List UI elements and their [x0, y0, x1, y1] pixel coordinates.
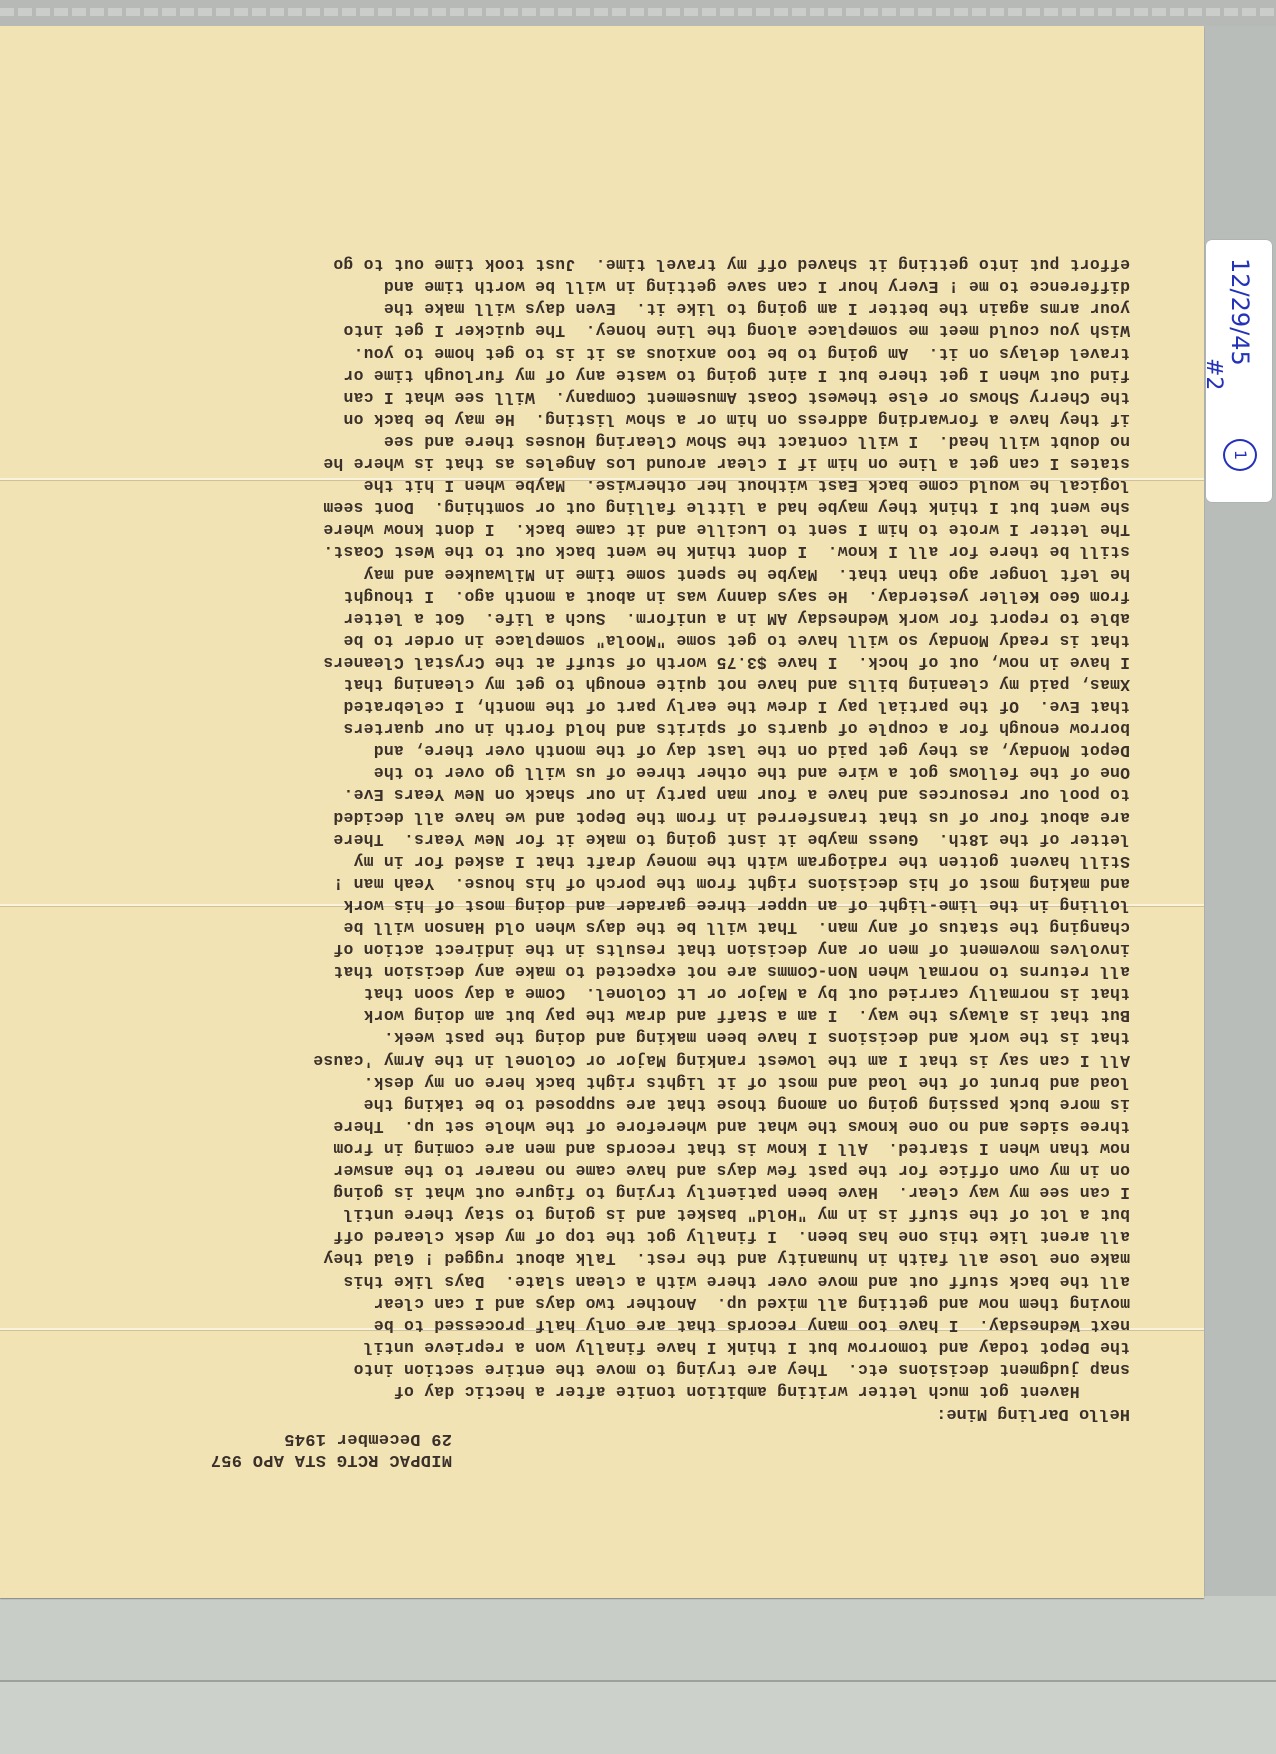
letter-line: on in my own office for the past few day…	[10, 1159, 1130, 1181]
letter-line: involves movement of men or any decision…	[10, 938, 1130, 960]
letter-line: find out when I get there but I aint goi…	[10, 364, 1130, 386]
letter-line: moving them now and getting all mixed up…	[10, 1292, 1130, 1314]
letter-line: The letter I wrote to him I sent to Luci…	[10, 518, 1130, 540]
letter-line: borrow enough for a couple of quarts of …	[10, 717, 1130, 739]
letter-line: all returns to normal when Non-Comms are…	[10, 960, 1130, 982]
letter-header: MIDPAC RCTG STA APO 957 29 December 1945	[210, 1428, 452, 1470]
letter-line: effort put into getting it shaved off my…	[10, 253, 1130, 275]
letter-date: 29 December 1945	[210, 1428, 452, 1449]
letter-line: Wish you could meet me someplace along t…	[10, 319, 1130, 341]
letter-line: to pool our resources and have a four ma…	[10, 783, 1130, 805]
letter-line: that is ready Monday so will have to get…	[10, 629, 1130, 651]
letter-line: One of the fellows got a wire and the ot…	[10, 761, 1130, 783]
letter-line: Depot Monday, as they get paid on the la…	[10, 739, 1130, 761]
letter-line: no doubt will head. I will contact the S…	[10, 430, 1130, 452]
letter-line: that is the work and decisions I have be…	[10, 1026, 1130, 1048]
letter-line: but a lot of the stuff is in my "Hold" b…	[10, 1203, 1130, 1225]
letter-line: if they have a forwarding address on him…	[10, 408, 1130, 430]
sticky-note: 12/29/45 #2 1	[1206, 240, 1272, 502]
letter-line: Havent got much letter writing ambition …	[10, 1380, 1130, 1402]
letter-line: still be there for all I know. I dont th…	[10, 540, 1130, 562]
letter-line: from Geo Keller yesterday. He says danny…	[10, 585, 1130, 607]
greeting: Hello Darling Mine:	[936, 1403, 1130, 1424]
letter-line: I have in now, out of hock. I have $3.75…	[10, 651, 1130, 673]
letter-line: three sides and no one knows the what an…	[10, 1115, 1130, 1137]
letter-paper: MIDPAC RCTG STA APO 957 29 December 1945…	[0, 26, 1204, 1598]
letter-line: letter of the 18th. Guess maybe it isnt …	[10, 828, 1130, 850]
letter-line: that is normally carried out by a Major …	[10, 982, 1130, 1004]
letter-body: Havent got much letter writing ambition …	[10, 253, 1130, 1402]
letter-line: all arent like this one has been. I fina…	[10, 1225, 1130, 1247]
letter-line: are about four of us that transferred in…	[10, 805, 1130, 827]
letter-line: that Eve. Of the partial pay I drew the …	[10, 695, 1130, 717]
letter-line: lolling in the lime-light of an upper th…	[10, 894, 1130, 916]
letter-line: next Wednesday. I have too many records …	[10, 1314, 1130, 1336]
letter-line: she went but I think they maybe had a li…	[10, 496, 1130, 518]
letter-line: I can see my way clear. Have been patien…	[10, 1181, 1130, 1203]
note-date: 12/29/45	[1226, 258, 1254, 366]
letter-line: able to report for work Wednesday AM in …	[10, 607, 1130, 629]
letter-line: But that is always the way. I am a Staff…	[10, 1004, 1130, 1026]
unit-address: MIDPAC RCTG STA APO 957	[210, 1449, 452, 1470]
letter-line: states I can get a line on him if I clea…	[10, 452, 1130, 474]
letter-line: All I can say is that I am the lowest ra…	[10, 1049, 1130, 1071]
handwritten-annotation: 12/29/45 #2 1	[1206, 240, 1272, 502]
letter-line: now than when I started. All I know is t…	[10, 1137, 1130, 1159]
letter-line: Xmas, paid my cleaning bills and have no…	[10, 673, 1130, 695]
scanner-bottom-edge	[0, 1680, 1276, 1754]
letter-line: and making most of his decisions right f…	[10, 872, 1130, 894]
page-number-circle: 1	[1223, 439, 1257, 471]
letter-line: load and brunt of the load and most of i…	[10, 1071, 1130, 1093]
letter-line: all the back stuff out and move over the…	[10, 1269, 1130, 1291]
letter-line: difference to me ! Every hour I can save…	[10, 275, 1130, 297]
note-number: #2	[1201, 358, 1226, 390]
letter-line: Still havent gotten the radiogram with t…	[10, 850, 1130, 872]
letter-line: he left longer ago than that. Maybe he s…	[10, 562, 1130, 584]
letter-line: make one lose all faith in humanity and …	[10, 1247, 1130, 1269]
letter-line: the Cherry Shows or else thewest Coast A…	[10, 386, 1130, 408]
letter-content: MIDPAC RCTG STA APO 957 29 December 1945…	[0, 26, 1204, 1598]
letter-line: changing the status of any man. That wil…	[10, 916, 1130, 938]
scanner-top-edge	[0, 0, 1276, 27]
letter-line: your arms again the better I am going to…	[10, 297, 1130, 319]
letter-line: is more buck passing going on among thos…	[10, 1093, 1130, 1115]
letter-line: snap judgment decisions etc. They are tr…	[10, 1358, 1130, 1380]
letter-line: logical he would come back East without …	[10, 474, 1130, 496]
letter-line: the Depot today and tomorrow but I think…	[10, 1336, 1130, 1358]
letter-line: travel delays on it. Am going to be too …	[10, 342, 1130, 364]
scanner-perforation	[0, 8, 1276, 16]
